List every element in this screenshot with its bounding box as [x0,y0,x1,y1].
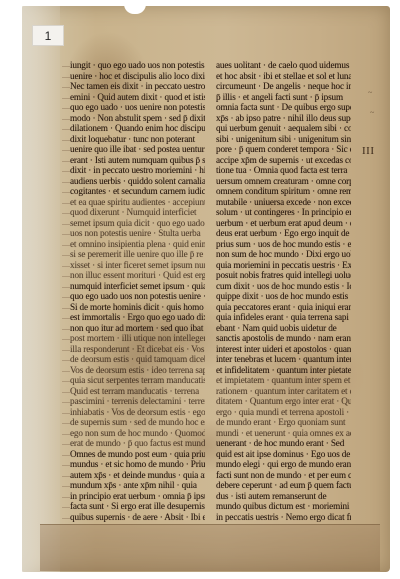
ruling-line [62,108,70,109]
ruling-line [62,486,70,487]
ruling-line [62,381,70,382]
text-line: omnia facta sunt · De quibus ergo supern… [216,102,351,113]
ruling-line [62,150,70,151]
ruling-line [62,360,70,361]
ruling-line [62,339,70,340]
text-line: debere ceperunt · ad eum p̄ quem factus … [216,480,351,491]
text-line: erat de mundo · p̄ quo factus est mundus… [70,438,205,449]
text-line: pore · p̄ quem conderet tempora · Sic er… [216,144,351,155]
ruling-line [62,98,70,99]
text-line: dixit · in peccato uestro moriemini · hi… [70,165,205,176]
quire-signature-mark: III [362,145,375,157]
text-line: et omnino insipientia plena · quid enim [70,239,205,250]
text-line: ebant · Nam quid uobis uidetur de [216,323,351,334]
ruling-line [62,413,70,414]
text-line: ditatem · Quantum ergo inter erat · Quid [216,396,351,407]
ruling-line [62,465,70,466]
text-line: prius sum · uos de hoc mundo estis · ego [216,239,351,250]
text-line: mundi · et uenerunt · quia omnes ex adam [216,428,351,439]
text-line: solum · ut contingeres · In principio er… [216,207,351,218]
ruling-line [62,402,70,403]
text-line: sibi · unigenitum sibi · unigenitum sine… [216,134,351,145]
leaf-bottom-margin [40,524,380,571]
ruling-line [62,276,70,277]
ruling-line [62,434,70,435]
ruling-line [62,329,70,330]
text-line: de supernis sum · sed de mundo hoc estis [70,417,205,428]
text-line: accipe xp̄m de supernis · ut excedas cog… [216,155,351,166]
text-line: Si de morte hominis dicit · quis homo [70,302,205,313]
ruling-line [62,87,70,88]
text-line: ergo · quia mundi et terrena apostoli · [216,407,351,418]
text-line: Omnes de mundo post eum · quia prius [70,449,205,460]
text-line: aues uolitant · de caelo quod uidemus · [216,60,351,71]
text-line: erant · Isti autem numquam quibus p̄ sci… [70,155,205,166]
text-line: mundo quibus dictum est · moriemini [216,501,351,512]
text-line: quippe dixit · uos de hoc mundo estis [216,291,351,302]
ruling-line [62,203,70,204]
ruling-line [62,140,70,141]
text-line: de mundo erant · Ergo quoniam sunt [216,417,351,428]
text-line: cogitantes · et secundum carnem iudicant… [70,186,205,197]
text-line: in principio erat uerbum · omnia p̄ ipsu… [70,491,205,502]
ruling-line [62,245,70,246]
margin-mark: ~ [370,108,374,117]
text-line: facti sunt non de mundo · et per eum cre [216,470,351,481]
text-line: et impietatem · quantum inter spem et de… [216,375,351,386]
ruling-line [62,297,70,298]
text-line: xisset · si inter ficeret semet ipsum nu… [70,260,205,271]
ruling-line [62,129,70,130]
text-line: posuit nobis fratres quid intellegi uolu… [216,270,351,281]
text-line: Nec tamen eis dixit · in peccato uestro … [70,81,205,92]
text-line: uenire quo ille ibat · sed postea uentur… [70,144,205,155]
text-line: uenerant · de hoc mundo erant · Sed [216,438,351,449]
ruling-line [62,213,70,214]
text-line: quo ego uado uos non potestis uenire · [70,291,205,302]
folio-number-label: 1 [32,25,64,46]
ruling-line [62,182,70,183]
text-line: deus erat uerbum · Ego ergo inquit de su [216,228,351,239]
ruling-line [62,444,70,445]
text-line: non quo itur ad mortem · sed quo ibat ip… [70,323,205,334]
text-line: emini · Quid autem dixit · quod et istis… [70,92,205,103]
text-line: Quid est terram manducatis · terrena [70,386,205,397]
ruling-line [62,255,70,256]
text-line: quia sicut serpentes terram manducatis [70,375,205,386]
text-line: quod dixerunt · Numquid interficiet [70,207,205,218]
text-line: interest inter uideri et apostolos · qua… [216,344,351,355]
text-line: et hoc absit · ibi et stellae et sol et … [216,71,351,82]
text-line: mundum xp̄s · ante xp̄m nihil · quia [70,480,205,491]
ruling-line [62,507,70,508]
text-line: pascimini · terrenis delectamini · terre… [70,396,205,407]
text-line: circumeunt · De angelis · neque hoc inte… [216,81,351,92]
text-line: dixit loquebatur · tunc non poterant [70,134,205,145]
text-line: quid est ait ipse dominus · Ego uos de h… [216,449,351,460]
text-line: non illuc essent morituri · Quid est erg… [70,270,205,281]
text-line: rationem · quantum inter caritatem et cu… [216,386,351,397]
text-line: uersum omnem creaturam · omne corpus [216,176,351,187]
text-line: ego non sum de hoc mundo · Quomodo enim [70,428,205,439]
ruling-line [62,308,70,309]
margin-mark: ~ [368,88,372,97]
ruling-line [62,350,70,351]
text-line: iungit · quo ego uado uos non potestis [70,60,205,71]
text-line: quia peccatores erant · quia iniqui eran… [216,302,351,313]
text-line: tione tua · Omnia quod facta est terra [216,165,351,176]
text-line: uenire · hoc et discipulis alio loco dix… [70,71,205,82]
text-line: non sum de hoc mundo · Dixi ergo uobis · [216,249,351,260]
text-line: xp̄s · ab ipso patre · nihil illo deus s… [216,113,351,124]
text-line: autem xp̄s · et deinde mundus · quia ant… [70,470,205,481]
text-line: inter tenebras et lucem · quantum inter … [216,354,351,365]
text-line: audiens uerbis · quiddo solent carnalia [70,176,205,187]
leaf-margin-strip [22,6,60,572]
ruling-line [62,287,70,288]
ruling-line [62,455,70,456]
text-line: si se peremerit ille uenire quo ille p̄ … [70,249,205,260]
text-line: quia infideles erant · quia terrena sapi [216,312,351,323]
text-line: inhiabatis · Vos de deorsum estis · ego [70,407,205,418]
text-line: quia moriemini in peccatis uestris · Exp… [216,260,351,271]
ruling-line [62,497,70,498]
text-line: omnem conditum spiritum · omne rem quand… [216,186,351,197]
text-line: modo · Non abstulit spem · sed p̄ dixit [70,113,205,124]
text-line: mutabile · uniuersa excede · non excedis [216,197,351,208]
ruling-line [62,77,70,78]
text-line: de deorsum estis · quid tamquam dicebat … [70,354,205,365]
ruling-line [62,476,70,477]
text-line: dus · isti autem remanserunt de [216,491,351,502]
text-line: mundo elegi · qui ergo de mundo erant [216,459,351,470]
ruling-line [62,171,70,172]
ruling-line [62,119,70,120]
ruling-line [62,318,70,319]
text-line: facta sunt · Si ergo erat ille desuperni… [70,501,205,512]
text-line: dilationem · Quando enim hoc discipulis [70,123,205,134]
text-line: in peccatis uestris · Nemo ergo dicat fr… [216,512,351,523]
text-column-right: aues uolitant · de caelo quod uidemus ·e… [216,60,351,522]
ruling-line [62,423,70,424]
text-line: est immortalis · Ergo quo ego uado dixit [70,312,205,323]
text-line: quibus supernis · de aere · Absit · Ibi … [70,512,205,523]
text-line: quo ego uado · uos uenire non potestis [70,102,205,113]
ruling-line [62,161,70,162]
text-line: mundus · et sic homo de mundo · Prius [70,459,205,470]
text-line: post mortem · illi utique non intellegen… [70,333,205,344]
text-line: semet ipsum quia dicit · quo ego uado [70,218,205,229]
text-line: uos non potestis uenire · Stulta uerba [70,228,205,239]
text-column-left: iungit · quo ego uado uos non potestisue… [70,60,205,522]
ruling-line [62,66,70,67]
ruling-line [62,224,70,225]
text-line: illa responderunt · Et dicebat eis · Vos [70,344,205,355]
text-line: et ea quae spiritu audientes · accepiunt [70,197,205,208]
text-line: qui uerbum genuit · aequalem sibi · coae… [216,123,351,134]
text-line: et infidelitatem · quantum inter pietate… [216,365,351,376]
text-line: p̄ illis · et angeli facti sunt · p̄ ips… [216,92,351,103]
ruling-line [62,392,70,393]
ruling-line [62,518,70,519]
text-line: cum dixit · uos de hoc mundo estis · Idō [216,281,351,292]
ruling-line [62,234,70,235]
text-line: uerbum · et uerbum erat apud deum · et [216,218,351,229]
text-line: numquid interficiet semet ipsum · quia d… [70,281,205,292]
ruling-line [62,192,70,193]
ruling-line [62,371,70,372]
text-line: Vos de deorsum estis · ideo terrena sapi… [70,365,205,376]
ruling-line [62,266,70,267]
text-line: sanctis apostolis de mundo · nam erant ·… [216,333,351,344]
